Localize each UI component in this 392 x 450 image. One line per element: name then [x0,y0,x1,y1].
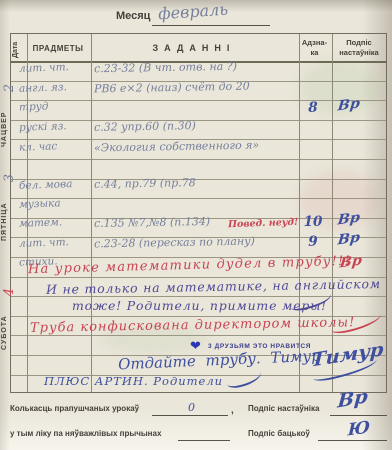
teacher-signature: Вр [337,210,361,229]
grid-line [11,100,386,101]
column-header-subjects: ПРАДМЕТЫ [26,44,90,53]
diary-page: Месяц февраль Дата ПРАДМЕТЫ ЗАДАННІ Адзн… [0,0,392,450]
column-line [299,34,300,392]
task-cell: с.135 №7,№8 (п.134) [94,215,210,230]
grade-cell: 10 [297,214,329,230]
subject-cell: кл. час [19,140,58,153]
subject-cell: труд [19,100,49,113]
day-date-friday: 3 [2,174,17,182]
subject-cell: лит. чт. [19,61,69,75]
task-cell: с.23-32 (В чт. отв. на ?) [94,60,237,75]
parent-signature-footer: Ю [347,418,370,441]
unexcused-reasons-label: у тым ліку па няўважлівых прычынах [10,429,161,438]
teacher-sign-line [330,415,387,416]
subject-cell: рускі яз. [19,120,67,134]
teacher-sign-label: Подпіс настаўніка [248,404,319,413]
subject-cell: матем. [19,216,63,229]
teacher-signature: Вр [337,96,361,115]
grade-cell: 8 [297,100,329,116]
column-line [91,34,92,392]
column-line [332,34,333,392]
task-cell: с.44, пр.79 (пр.78 [94,176,196,191]
day-label-friday: ПЯТНІЦА [1,186,11,258]
footer-comma: , [231,405,234,416]
subject-cell: музыка [19,197,61,210]
subject-cell: бел. мова [19,178,73,192]
grid-line [11,159,386,160]
grid-line [11,335,386,336]
grade-cell: 9 [297,234,329,250]
day-date-saturday: 4 [2,288,17,296]
column-header-grade: Адзна- ка [298,38,331,58]
unexcused-reasons-line [178,440,230,441]
day-label-thursday: ЧАЦВЕР [1,96,11,162]
month-label: Месяц [116,10,150,22]
teacher-signature: Вр [337,230,361,249]
parent-reply-plus: ПЛЮС АРТИН. Родители [44,374,223,388]
missed-lessons-label: Колькасць прапушчаных урокаў [10,404,139,413]
teacher-signature-footer: Вр [337,386,369,413]
day-label-saturday: СУБОТА [1,302,11,364]
subject-cell: англ. яз. [19,81,67,95]
subject-cell: лит. чт. [19,236,69,250]
grid-line [11,120,386,121]
parent-sign-line [318,440,387,441]
teacher-signature-red: Вр [339,253,363,272]
column-header-teacher-sign: Подпіс настаўніка [331,38,387,58]
parent-sign-label: Подпіс бацькоў [248,429,310,438]
task-cell: РВ6 е×2 (наиз) счёт до 20 [94,80,250,96]
column-header-tasks: ЗАДАННІ [90,43,298,53]
month-underline [152,25,270,26]
task-cell: с.32 упр.60 (п.30) [94,119,196,134]
month-value-handwritten: февраль [157,0,228,23]
grid-line [11,198,386,199]
missed-lessons-line [152,415,228,416]
column-header-date: Дата [12,36,23,58]
day-date-thursday: 2 [2,84,17,92]
missed-lessons-value: 0 [188,401,195,414]
